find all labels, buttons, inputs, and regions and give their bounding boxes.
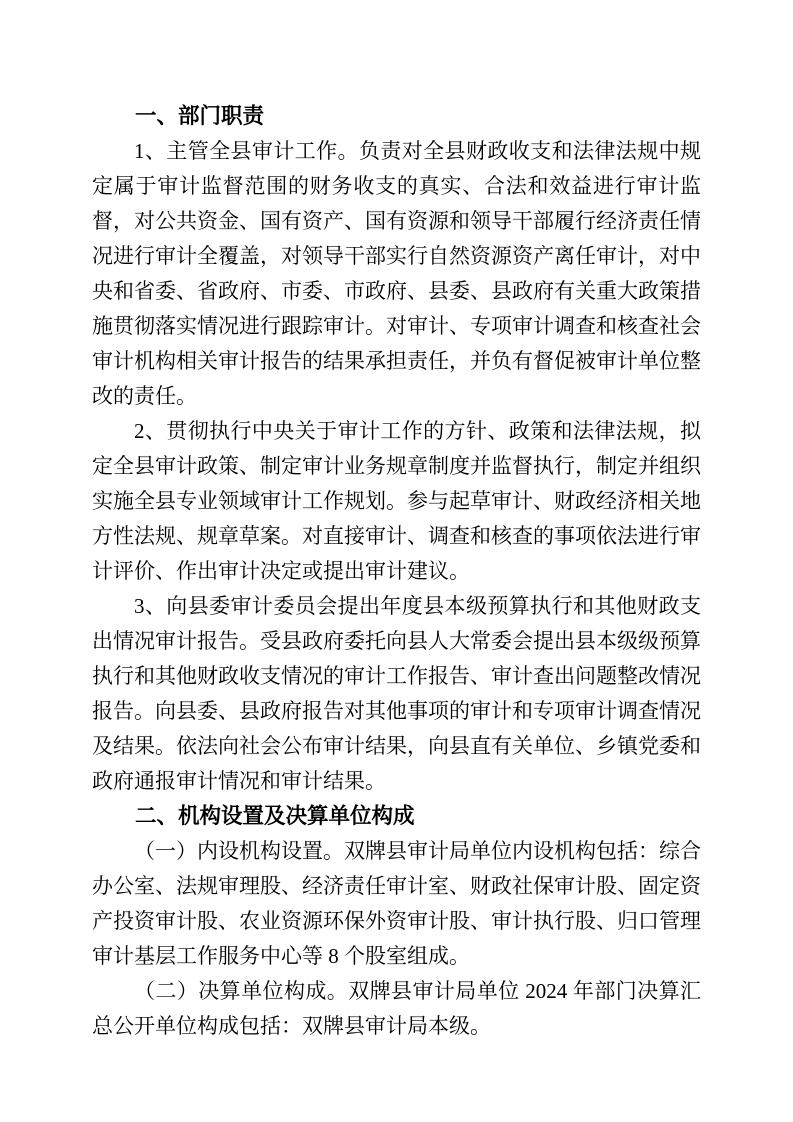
paragraph-unit-composition: （二）决算单位构成。双牌县审计局单位 2024 年部门决算汇总公开单位构成包括：… (92, 974, 701, 1044)
document-page: 一、部门职责 1、主管全县审计工作。负责对全县财政收支和法律法规中规定属于审计监… (0, 0, 793, 1122)
document-body: 一、部门职责 1、主管全县审计工作。负责对全县财政收支和法律法规中规定属于审计监… (92, 99, 701, 1044)
paragraph-duty-1: 1、主管全县审计工作。负责对全县财政收支和法律法规中规定属于审计监督范围的财务收… (92, 134, 701, 414)
section-heading-duties: 一、部门职责 (92, 99, 701, 134)
section-department-duties: 一、部门职责 1、主管全县审计工作。负责对全县财政收支和法律法规中规定属于审计监… (92, 99, 701, 799)
paragraph-duty-3: 3、向县委审计委员会提出年度县本级预算执行和其他财政支出情况审计报告。受县政府委… (92, 589, 701, 799)
section-organization-structure: 二、机构设置及决算单位构成 （一）内设机构设置。双牌县审计局单位内设机构包括：综… (92, 799, 701, 1044)
section-heading-organization: 二、机构设置及决算单位构成 (92, 799, 701, 834)
paragraph-duty-2: 2、贯彻执行中央关于审计工作的方针、政策和法律法规，拟定全县审计政策、制定审计业… (92, 414, 701, 589)
paragraph-internal-organs: （一）内设机构设置。双牌县审计局单位内设机构包括：综合办公室、法规审理股、经济责… (92, 834, 701, 974)
